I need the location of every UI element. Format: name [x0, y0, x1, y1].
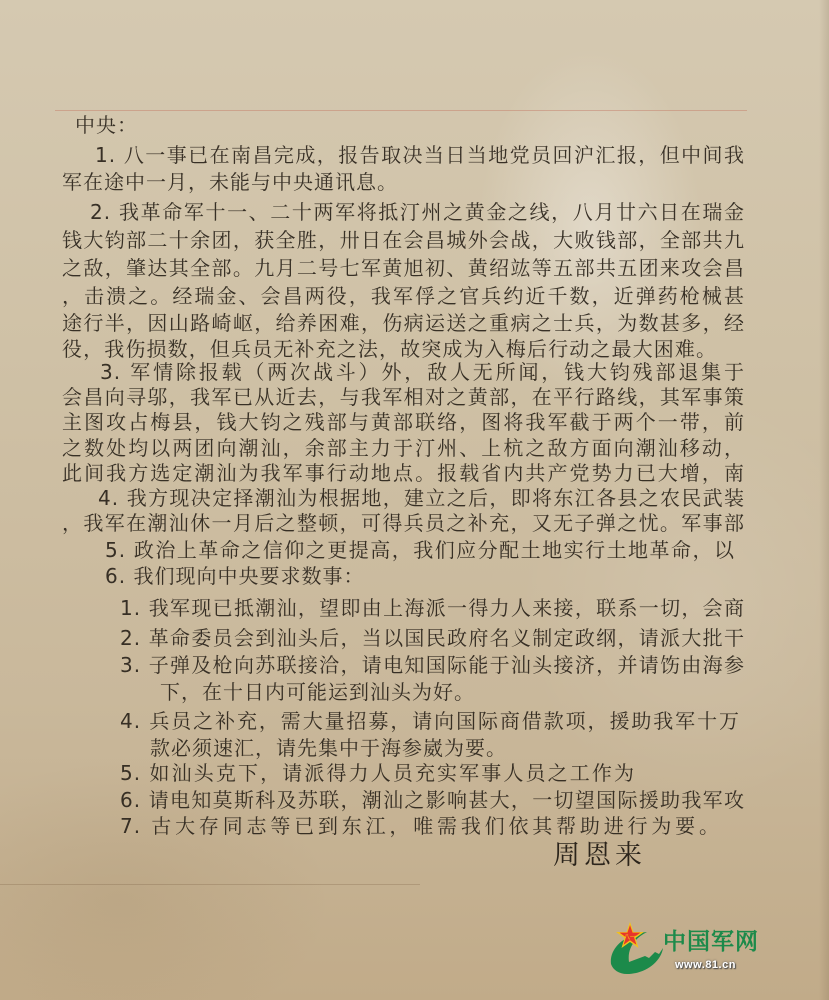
document-line: 6. 请电知莫斯科及苏联，潮汕之影响甚大，一切望国际援助我军攻占。 [120, 788, 745, 812]
document-line: 之数处均以两团向潮汕，余部主力于汀州、上杭之敌方面向潮汕移动， [62, 436, 745, 460]
document-line: 钱大钧部二十余团，获全胜，卅日在会昌城外会战，大败钱部，全部共九团 [62, 228, 745, 252]
watermark-site-name: 中国军网 [663, 928, 759, 956]
document-line: 2. 我革命军十一、二十两军将抵汀州之黄金之线，八月廿六日在瑞金击败 [90, 200, 745, 224]
document-line: 6. 我们现向中央要求数事： [105, 564, 364, 588]
signature: 周恩来 [553, 840, 646, 872]
document-line: ，我军在潮汕休一月后之整顿，可得兵员之补充，又无子弹之忧。军事部署已定 [62, 511, 745, 535]
document-line: 此间我方选定潮汕为我军事行动地点。报载省内共产党势力已大增，南 [62, 461, 745, 485]
document-line: 主图攻占梅县，钱大钧之残部与黄部联络，图将我军截于两个一带，前 [62, 410, 745, 434]
document-line: 款必须速汇，请先集中于海参崴为要。 [150, 736, 507, 760]
document-line: 之敌，肇达其全部。九月二号七军黄旭初、黄绍竑等五部共五团来攻会昌 [62, 256, 745, 280]
document-line: 1. 我军现已抵潮汕，望即由上海派一得力人来接，联系一切，会商 [120, 596, 745, 620]
document-line: 4. 我方现决定择潮汕为根据地，建立之后，即将东江各县之农民武装起来 [98, 486, 745, 510]
document-line: 4. 兵员之补充，需大量招募，请向国际商借款项，援助我军十万元， [120, 709, 740, 733]
paper-edge [819, 0, 829, 1000]
document-line: 下，在十日内可能运到汕头为好。 [160, 680, 475, 704]
document-line: 3. 子弹及枪向苏联接洽，请电知国际能于汕头接济，并请饬由海参崴运来 [120, 653, 745, 677]
document-line: 军在途中一月，未能与中央通讯息。 [62, 170, 398, 194]
document-line: 3. 军情除报载（两次战斗）外，敌人无所闻，钱大钧残部退集于 [100, 360, 745, 384]
document-line: 7. 古大存同志等已到东江，唯需我们依其帮助进行为要。 [120, 814, 720, 838]
salutation: 中央： [75, 113, 138, 137]
watermark-url: www.81.cn [675, 959, 736, 971]
document-line: 会昌向寻邬，我军已从近去，与我军相对之黄部，在平行路线，其军事策划 [62, 385, 745, 409]
document-line: 2. 革命委员会到汕头后，当以国民政府名义制定政纲，请派大批干部来潮 [120, 626, 745, 650]
watermark: 八一 中国军网 www.81.cn [605, 918, 765, 980]
document-line: 5. 政治上革命之信仰之更提高，我们应分配土地实行土地革命，以达目的 [105, 538, 735, 562]
svg-text:八一: 八一 [623, 934, 636, 941]
document-line: 途行半，因山路崎岖，给养困难，伤病运送之重病之士兵，为数甚多，经此两 [62, 311, 745, 335]
ruled-line-top [55, 110, 747, 111]
document-line: 役，我伤损数，但兵员无补充之法，故突成为入梅后行动之最大困难。 [62, 337, 717, 361]
document-line: ，击溃之。经瑞金、会昌两役，我军俘之官兵约近千数，近弹药枪械甚多。 [62, 284, 745, 308]
china-military-logo-icon: 八一 [605, 918, 667, 978]
document-line: 5. 如汕头克下，请派得力人员充实军事人员之工作为要。 [120, 761, 635, 785]
document-line: 1. 八一事已在南昌完成，报告取决当日当地党员回沪汇报，但中间我 [95, 143, 745, 167]
ruled-line-bottom [0, 884, 420, 885]
